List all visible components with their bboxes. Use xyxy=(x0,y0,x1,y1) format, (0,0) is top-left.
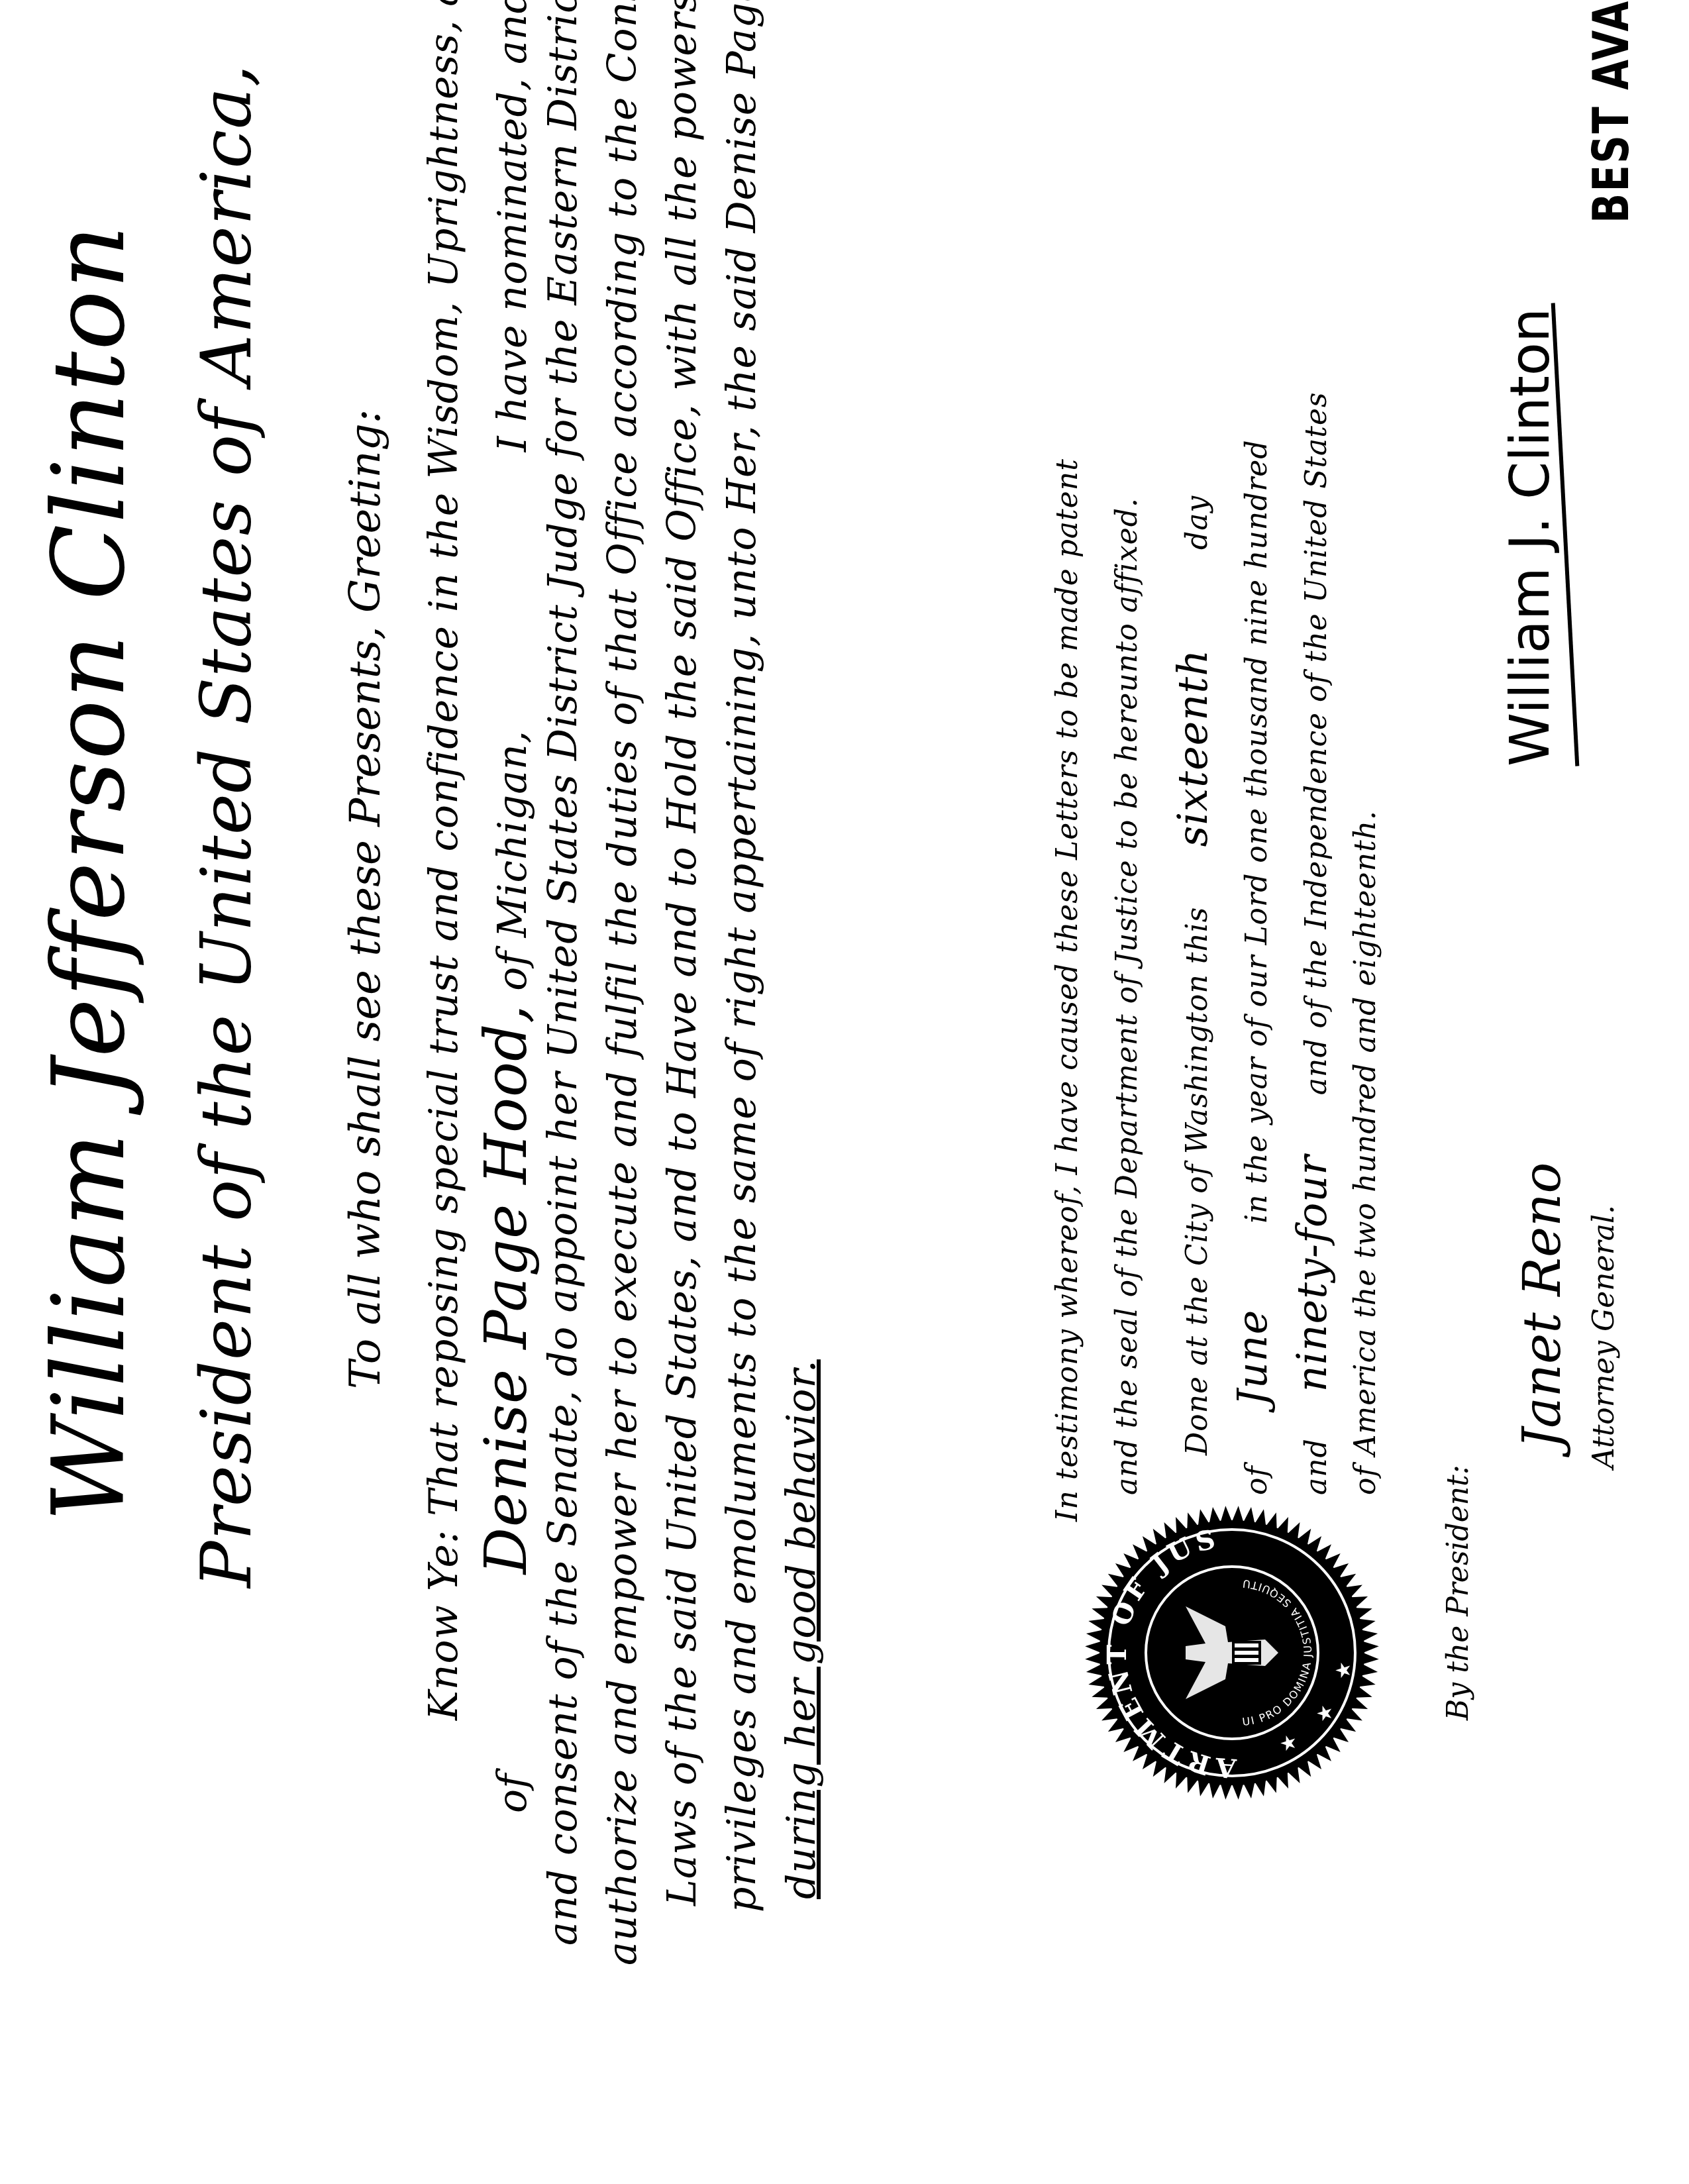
appointee-prefix: of xyxy=(489,1773,536,1813)
svg-text:★: ★ xyxy=(1313,1704,1337,1722)
attorney-general-signature: Janet Reno xyxy=(1517,1163,1568,1449)
testimonium-line-3: Done at the City of Washington this xyxy=(1180,907,1214,1455)
attorney-general-title: Attorney General. xyxy=(1590,1205,1619,1469)
appointee-line: of Denise Page Hood, of Michigan, I have… xyxy=(477,0,535,1813)
commission-document: William Jefferson Clinton President of t… xyxy=(0,0,1689,2184)
testimonium-final: of America the two hundred and eighteent… xyxy=(1349,810,1382,1495)
body-line-2: I have nominated, and by and with the ad… xyxy=(489,0,536,452)
by-the-president-label: By the President: xyxy=(1444,1465,1473,1720)
appointee-name: Denise Page Hood, xyxy=(472,1004,540,1575)
testimonium-line-1: In testimony whereof, I have caused thes… xyxy=(1050,458,1084,1522)
date-day: sixteenth xyxy=(1168,649,1217,847)
of-label: of xyxy=(1240,1465,1274,1495)
document-title: William Jefferson Clinton xyxy=(40,224,139,1522)
president-signature: William J. Clinton xyxy=(1504,308,1558,766)
best-available-copy-stamp: BEST AVAILABLE COPY xyxy=(1583,0,1640,223)
body-line-4: authorize and empower her to execute and… xyxy=(603,0,642,1965)
department-of-justice-seal: DEPARTMENT OF JUSTICE QUI PRO DOMINA JUS… xyxy=(1080,1500,1384,1805)
document-subtitle: President of the United States of Americ… xyxy=(192,64,262,1588)
testimonium-independence: and of the Independence of the United St… xyxy=(1300,391,1333,1095)
svg-text:★: ★ xyxy=(1277,1734,1300,1752)
date-month: June xyxy=(1228,1310,1276,1406)
body-line-6: privileges and emoluments to the same of… xyxy=(722,0,762,1912)
body-line-7: during her good behavior. xyxy=(782,1359,821,1899)
svg-text:★: ★ xyxy=(1332,1661,1355,1679)
body-line-3: and consent of the Senate, do appoint he… xyxy=(543,0,583,1946)
date-year: ninety-four xyxy=(1288,1155,1336,1392)
testimonium-year-text: in the year of our Lord one thousand nin… xyxy=(1240,440,1274,1223)
and-label: and xyxy=(1300,1438,1333,1495)
day-label: day xyxy=(1180,495,1214,550)
testimonium-line-2: and the seal of the Department of Justic… xyxy=(1110,497,1144,1495)
appointee-state: of Michigan, xyxy=(489,730,536,990)
salutation: To all who shall see these Presents, Gre… xyxy=(344,409,387,1389)
body-line-5: Laws of the said United States, and to H… xyxy=(662,0,702,1906)
body-line-1: Know Ye: That reposing special trust and… xyxy=(424,0,464,1720)
